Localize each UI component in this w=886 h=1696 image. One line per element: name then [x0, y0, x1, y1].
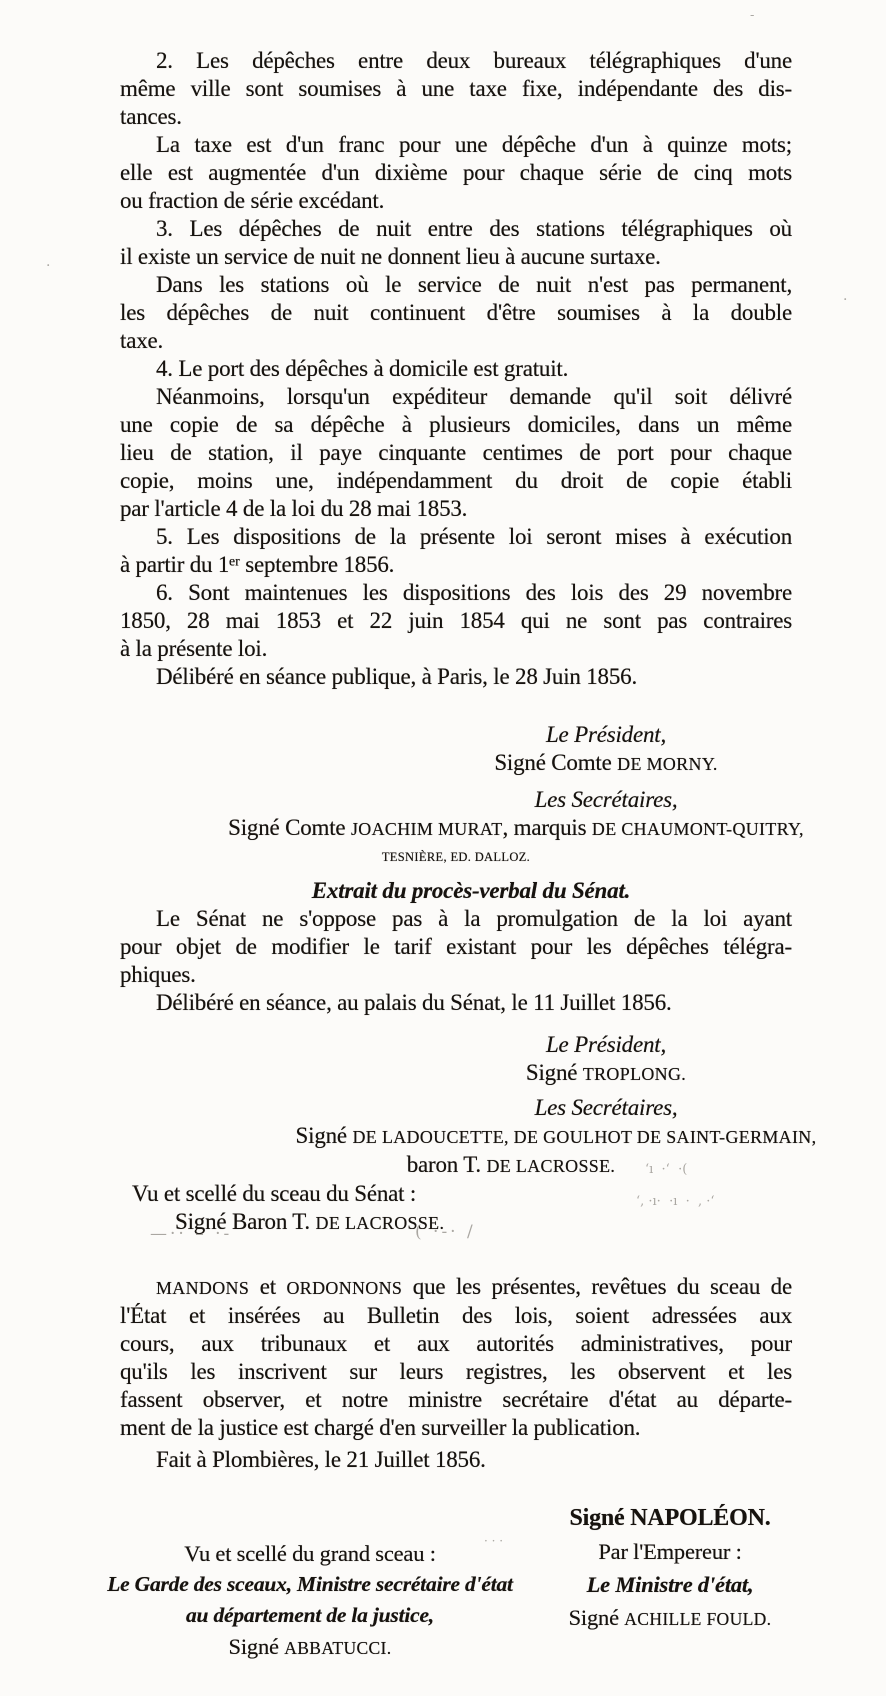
- mandons-paragraph: MANDONS et ORDONNONS que les présentes, …: [120, 1273, 792, 1442]
- text-line: Néanmoins, lorsqu'un expéditeur demande …: [120, 383, 792, 411]
- text-line: MANDONS et ORDONNONS que les présentes, …: [120, 1273, 792, 1302]
- text-line: copie, moins une, indépendamment du droi…: [120, 467, 792, 495]
- text-line: lieu de station, il paye cinquante centi…: [120, 439, 792, 467]
- text-segment: que les présentes, revêtues du sceau de: [402, 1274, 792, 1299]
- text-line: 3. Les dépêches de nuit entre des statio…: [120, 215, 792, 243]
- deliberation-paris-line: Délibéré en séance publique, à Paris, le…: [120, 663, 792, 691]
- small-caps-name: DE LADOUCETTE, DE GOULHOT DE SAINT-GERMA…: [353, 1127, 817, 1147]
- text-line: ment de la justice est chargé d'en surve…: [120, 1414, 792, 1442]
- signature-text: baron T.: [407, 1152, 487, 1177]
- text-line: fassent observer, et notre ministre secr…: [120, 1386, 792, 1414]
- article-2-paragraph: 2. Les dépêches entre deux bureaux télég…: [120, 47, 792, 131]
- text-line: phiques.: [120, 961, 792, 989]
- text-line: 2. Les dépêches entre deux bureaux télég…: [120, 47, 792, 75]
- text-line: tances.: [120, 103, 792, 131]
- grand-sceau-line: Vu et scellé du grand sceau :: [100, 1538, 520, 1569]
- napoleon-signature: Signé NAPOLÉON.: [520, 1502, 820, 1535]
- small-caps-name: DE MORNY.: [617, 754, 718, 774]
- text-line: 1850, 28 mai 1853 et 22 juin 1854 qui ne…: [120, 607, 792, 635]
- text-line: par l'article 4 de la loi du 28 mai 1853…: [120, 495, 792, 523]
- text-line: les dépêches de nuit continuent d'être s…: [120, 299, 792, 327]
- president-signature: Signé TROPLONG.: [270, 1059, 886, 1088]
- signature-text: Signé: [526, 1060, 583, 1085]
- small-caps-name: ACHILLE FOULD.: [624, 1609, 771, 1629]
- text-segment: et: [249, 1274, 286, 1299]
- small-caps-name: DE LACROSSE.: [486, 1156, 615, 1176]
- text-line: 4. Le port des dépêches à domicile est g…: [120, 355, 792, 383]
- senat-seal-signature: Signé Baron T. DE LACROSSE.: [175, 1208, 792, 1237]
- signature-text: Signé: [229, 1634, 285, 1659]
- ink-artifact: ʻ, ·ı· ·ı · , ·ʻ: [636, 1194, 715, 1209]
- text-line: à partir du 1ᵉʳ septembre 1856.: [120, 551, 792, 579]
- president-signature: Signé Comte DE MORNY.: [270, 749, 886, 778]
- secretaires-signature: Signé DE LADOUCETTE, DE GOULHOT DE SAINT…: [220, 1122, 886, 1151]
- signature-text: , marquis: [503, 815, 592, 840]
- ink-artifact: ʻı ·ʻ ·(: [645, 1162, 687, 1177]
- text-line: 5. Les dispositions de la présente loi s…: [120, 523, 792, 551]
- ink-artifact: · · ·: [484, 1534, 503, 1548]
- garde-sceaux-title: Le Garde des sceaux, Ministre secrétaire…: [100, 1569, 520, 1600]
- signature-text: Signé: [569, 1605, 625, 1630]
- text-line: il existe un service de nuit ne donnent …: [120, 243, 792, 271]
- small-caps-name: JOACHIM MURAT: [351, 819, 503, 839]
- ink-artifact: ( ·-· /: [415, 1222, 476, 1242]
- secretaires-signature-2: baron T. DE LACROSSE.: [175, 1151, 847, 1180]
- text-line: ou fraction de série excédant.: [120, 187, 792, 215]
- secretaires-signature: Signé Comte JOACHIM MURAT, marquis DE CH…: [180, 814, 852, 843]
- night-service-paragraph: Dans les stations où le service de nuit …: [120, 271, 792, 355]
- senat-extract-heading: Extrait du procès-verbal du Sénat.: [135, 877, 807, 905]
- emperor-column: Signé NAPOLÉON. Par l'Empereur : Le Mini…: [520, 1502, 820, 1664]
- fould-signature: Signé ACHILLE FOULD.: [520, 1601, 820, 1636]
- ink-artifact: - ·: [750, 8, 886, 23]
- secretaires-heading: Les Secrétaires,: [270, 786, 886, 814]
- text-line: La taxe est d'un franc pour une dépêche …: [120, 131, 792, 159]
- ministre-etat-title: Le Ministre d'état,: [520, 1568, 820, 1601]
- small-caps-name: DE CHAUMONT-QUITRY,: [592, 819, 804, 839]
- text-line: Le Sénat ne s'oppose pas à la promulgati…: [120, 905, 792, 933]
- ink-artifact: ·: [46, 258, 50, 274]
- signature-text: Signé Comte: [228, 815, 351, 840]
- par-empereur-line: Par l'Empereur :: [520, 1535, 820, 1568]
- secretaires-signature-2: TESNIÈRE, ED. DALLOZ.: [120, 843, 792, 871]
- signature-text: Signé: [296, 1123, 353, 1148]
- small-caps-word: MANDONS: [156, 1278, 249, 1298]
- garde-des-sceaux-column: Vu et scellé du grand sceau : Le Garde d…: [100, 1538, 520, 1664]
- text-line: une copie de sa dépêche à plusieurs domi…: [120, 411, 792, 439]
- departement-justice-title: au département de la justice,: [100, 1600, 520, 1631]
- abbatucci-signature: Signé ABBATUCCI.: [100, 1631, 520, 1664]
- fait-a-plombieres-line: Fait à Plombières, le 21 Juillet 1856.: [120, 1446, 792, 1474]
- corps-legislatif-signatures: Le Président, Signé Comte DE MORNY. Les …: [120, 721, 792, 871]
- scanned-law-page: 2. Les dépêches entre deux bureaux télég…: [0, 0, 886, 1696]
- text-line: l'État et insérées au Bulletin des lois,…: [120, 1302, 792, 1330]
- promulgation-signature-block: Vu et scellé du grand sceau : Le Garde d…: [0, 1502, 886, 1664]
- small-caps-name: TROPLONG.: [583, 1064, 686, 1084]
- small-caps-word: ORDONNONS: [286, 1278, 402, 1298]
- ink-artifact: ·: [843, 292, 847, 308]
- article-6-paragraph: 6. Sont maintenues les dispositions des …: [120, 579, 792, 663]
- small-caps-name: ABBATUCCI.: [284, 1638, 391, 1658]
- text-line: taxe.: [120, 327, 792, 355]
- text-line: à la présente loi.: [120, 635, 792, 663]
- article-4-paragraph: 4. Le port des dépêches à domicile est g…: [120, 355, 792, 383]
- text-line: cours, aux tribunaux et aux autorités ad…: [120, 1330, 792, 1358]
- text-line: même ville sont soumises à une taxe fixe…: [120, 75, 792, 103]
- secretaires-heading: Les Secrétaires,: [270, 1094, 886, 1122]
- tax-rate-paragraph: La taxe est d'un franc pour une dépêche …: [120, 131, 792, 215]
- ink-artifact: —·· – ·-: [150, 1224, 232, 1244]
- text-line: elle est augmentée d'un dixième pour cha…: [120, 159, 792, 187]
- copies-paragraph: Néanmoins, lorsqu'un expéditeur demande …: [120, 383, 792, 523]
- text-column: 2. Les dépêches entre deux bureaux télég…: [0, 0, 886, 1474]
- senat-paragraph: Le Sénat ne s'oppose pas à la promulgati…: [120, 905, 792, 989]
- text-line: qu'ils les inscrivent sur leurs registre…: [120, 1358, 792, 1386]
- president-heading: Le Président,: [270, 721, 886, 749]
- deliberation-senat-line: Délibéré en séance, au palais du Sénat, …: [120, 989, 792, 1017]
- text-line: Dans les stations où le service de nuit …: [120, 271, 792, 299]
- article-5-paragraph: 5. Les dispositions de la présente loi s…: [120, 523, 792, 579]
- article-3-paragraph: 3. Les dépêches de nuit entre des statio…: [120, 215, 792, 271]
- signature-text: Signé Comte: [494, 750, 617, 775]
- text-line: pour objet de modifier le tarif existant…: [120, 933, 792, 961]
- senat-signatures: Le Président, Signé TROPLONG. Les Secrét…: [120, 1031, 792, 1180]
- president-heading: Le Président,: [270, 1031, 886, 1059]
- text-line: 6. Sont maintenues les dispositions des …: [120, 579, 792, 607]
